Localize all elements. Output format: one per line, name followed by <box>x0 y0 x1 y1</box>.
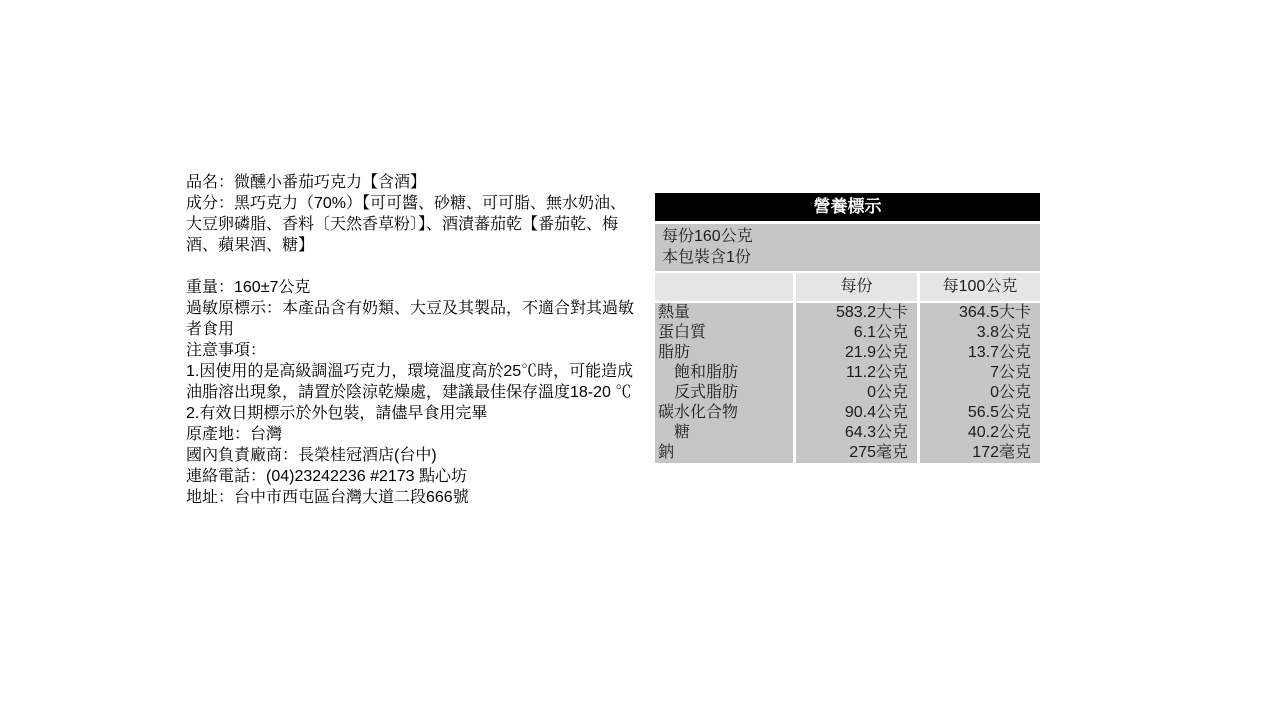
row-label-protein: 蛋白質 <box>655 323 793 343</box>
nutrition-facts-panel: 營養標示 每份160公克 本包裝含1份 每份 每100公克 熱量 583.2大卡… <box>655 193 1040 463</box>
row-value-protein-serving: 6.1公克 <box>796 323 917 343</box>
product-info-text: 品名：微醺小番茄巧克力【含酒】 成分：黑巧克力（70%）【可可醬、砂糖、可可脂、… <box>186 172 648 508</box>
row-label-sugar: 糖 <box>655 423 793 443</box>
column-header-per-100g: 每100公克 <box>920 273 1040 301</box>
row-value-saturated-fat-100g: 7公克 <box>920 363 1040 383</box>
row-value-trans-fat-serving: 0公克 <box>796 383 917 403</box>
label-page: 品名：微醺小番茄巧克力【含酒】 成分：黑巧克力（70%）【可可醬、砂糖、可可脂、… <box>0 0 1280 720</box>
row-value-fat-100g: 13.7公克 <box>920 343 1040 363</box>
row-label-saturated-fat: 飽和脂肪 <box>655 363 793 383</box>
nutrition-title: 營養標示 <box>655 193 1040 221</box>
row-value-calories-100g: 364.5大卡 <box>920 303 1040 323</box>
nutrition-column-headers: 每份 每100公克 <box>655 273 1040 301</box>
row-label-fat: 脂肪 <box>655 343 793 363</box>
row-value-protein-100g: 3.8公克 <box>920 323 1040 343</box>
row-value-sugar-serving: 64.3公克 <box>796 423 917 443</box>
row-value-trans-fat-100g: 0公克 <box>920 383 1040 403</box>
row-value-calories-serving: 583.2大卡 <box>796 303 917 323</box>
nutrition-table-body: 熱量 583.2大卡 364.5大卡 蛋白質 6.1公克 3.8公克 脂肪 21… <box>655 303 1040 463</box>
row-value-fat-serving: 21.9公克 <box>796 343 917 363</box>
row-value-sodium-serving: 275毫克 <box>796 443 917 463</box>
row-value-saturated-fat-serving: 11.2公克 <box>796 363 917 383</box>
row-label-trans-fat: 反式脂肪 <box>655 383 793 403</box>
column-header-per-serving: 每份 <box>796 273 917 301</box>
row-value-sodium-100g: 172毫克 <box>920 443 1040 463</box>
row-value-sugar-100g: 40.2公克 <box>920 423 1040 443</box>
column-header-blank <box>655 273 793 301</box>
row-label-carbohydrate: 碳水化合物 <box>655 403 793 423</box>
serving-info: 每份160公克 本包裝含1份 <box>655 224 1040 271</box>
row-value-carbohydrate-serving: 90.4公克 <box>796 403 917 423</box>
row-label-calories: 熱量 <box>655 303 793 323</box>
row-value-carbohydrate-100g: 56.5公克 <box>920 403 1040 423</box>
row-label-sodium: 鈉 <box>655 443 793 463</box>
